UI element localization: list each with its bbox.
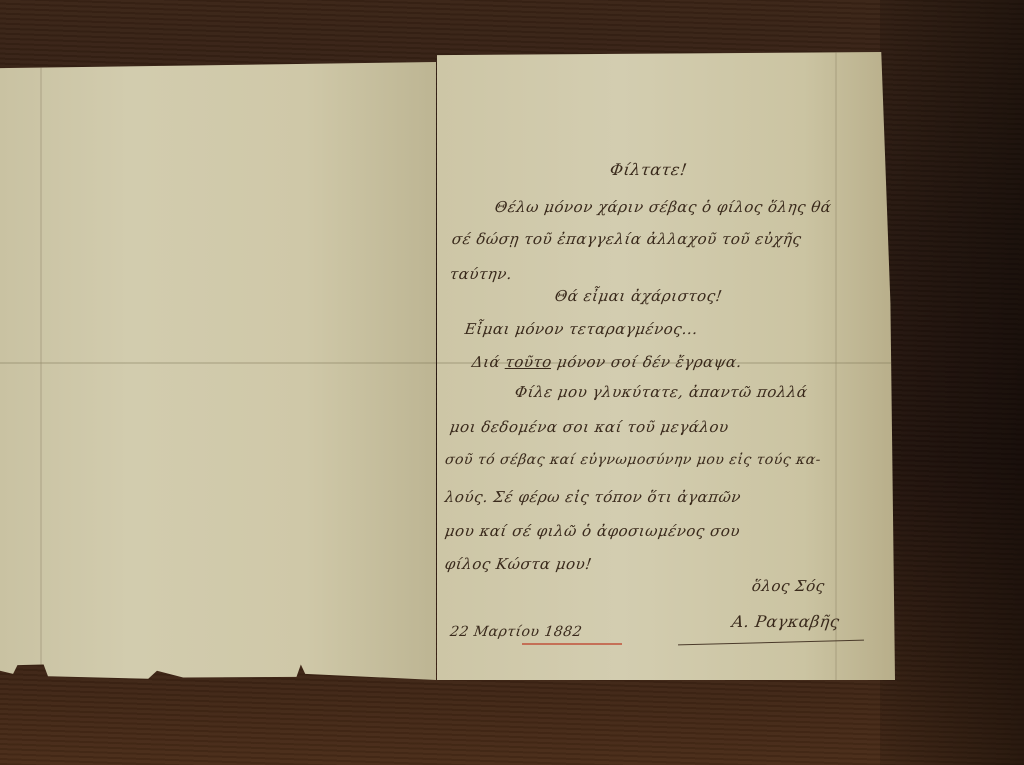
date: 22 Μαρτίου 1882 — [449, 624, 583, 640]
letter-line: Διά τοῦτο μόνον σοί δέν ἔγραψα. — [471, 353, 744, 371]
letter-line: Εἶμαι μόνον τεταραγμένος... — [464, 320, 700, 338]
underlined-word: τοῦτο — [504, 353, 553, 371]
letter-word: μόνον σοί δέν ἔγραψα. — [556, 353, 743, 371]
table-shadow — [880, 0, 1024, 765]
date-red-underline — [522, 643, 622, 645]
letter-line: Θά εἶμαι ἀχάριστος! — [554, 287, 724, 305]
letter-line: ταύτην. — [449, 265, 514, 283]
fold-crease — [835, 52, 837, 680]
closing: ὅλος Σός — [751, 577, 826, 595]
letter-line: μου καί σέ φιλῶ ὁ ἀφοσιωμένος σου — [444, 522, 742, 540]
fold-crease — [0, 362, 436, 364]
letter-line: Θέλω μόνον χάριν σέβας ὁ φίλος ὅλης θά — [494, 198, 833, 216]
letter-line: σοῦ τό σέβας καί εὐγνωμοσύνην μου εἰς το… — [444, 452, 822, 468]
letter-line: φίλος Κώστα μου! — [444, 555, 593, 573]
signature: Α. Ραγκαβῆς — [731, 612, 841, 631]
blank-left-page — [0, 62, 436, 680]
letter-line: σέ δώσῃ τοῦ ἐπαγγελία ἀλλαχοῦ τοῦ εὐχῆς — [451, 230, 803, 248]
letter-line: μοι δεδομένα σοι καί τοῦ μεγάλου — [449, 418, 730, 436]
letter-line: λούς. Σέ φέρω εἰς τόπον ὅτι ἀγαπῶν — [444, 488, 743, 506]
letter-word: Διά — [471, 353, 502, 371]
letter-line: Φίλε μου γλυκύτατε, ἀπαντῶ πολλά — [514, 383, 809, 401]
fold-crease — [40, 62, 42, 680]
salutation: Φίλτατε! — [609, 160, 689, 179]
